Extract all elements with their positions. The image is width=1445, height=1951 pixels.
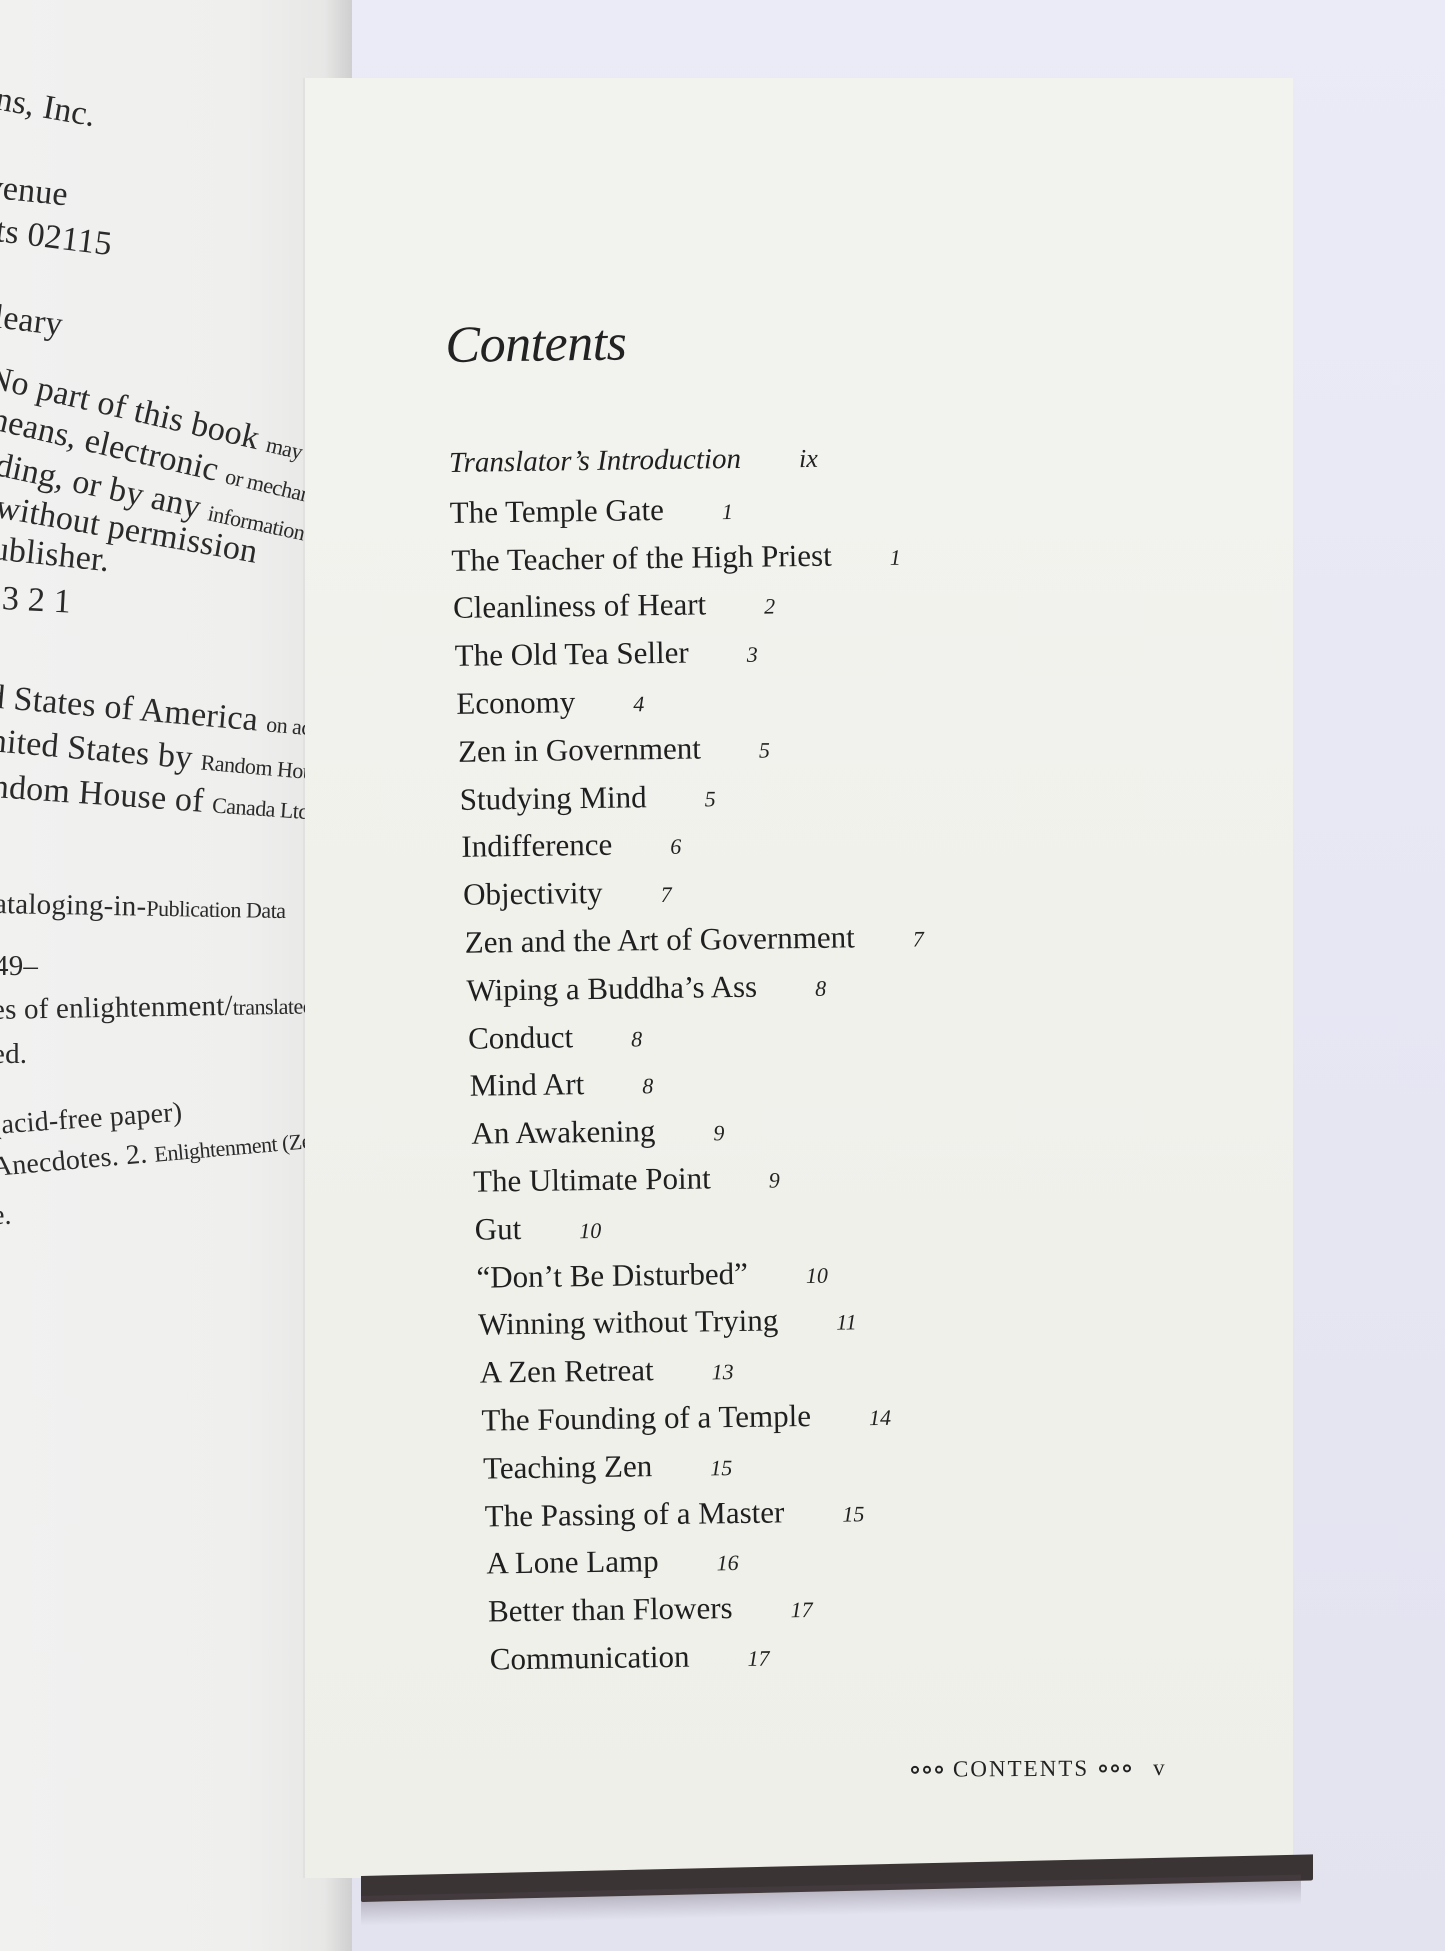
toc-entry-page: 9 xyxy=(713,1120,724,1146)
toc-entry[interactable]: A Lone Lamp 16 xyxy=(486,1540,933,1594)
toc-entry[interactable]: The Teacher of the High Priest 1 xyxy=(451,536,919,590)
toc-entry-page: 6 xyxy=(670,834,681,860)
toc-entry[interactable]: The Passing of a Master 15 xyxy=(485,1492,933,1546)
toc-entry-page: 1 xyxy=(890,544,901,570)
running-footer-label: CONTENTS xyxy=(953,1756,1089,1783)
toc-entry[interactable]: Wiping a Buddha’s Ass 8 xyxy=(466,966,925,1020)
copyright-line: venue xyxy=(0,168,70,214)
toc-entry-title: The Old Tea Seller xyxy=(454,635,688,674)
copyright-line: ataloging-in-Publication Data xyxy=(0,888,286,926)
copyright-line: ns, Inc. xyxy=(0,80,99,135)
toc-entry[interactable]: The Temple Gate 1 xyxy=(449,488,918,542)
toc-entry-title: The Ultimate Point xyxy=(473,1160,711,1199)
toc-entry-page: 7 xyxy=(913,926,924,952)
toc-entry-title: Studying Mind xyxy=(459,779,646,818)
toc-entry-title: Better than Flowers xyxy=(488,1590,733,1629)
toc-entry[interactable]: Winning without Trying 11 xyxy=(478,1301,930,1355)
toc-entry-page: 10 xyxy=(806,1262,828,1288)
toc-entry-title: The Temple Gate xyxy=(449,492,664,531)
toc-entry-page: 8 xyxy=(631,1026,642,1052)
toc-entry-page: 15 xyxy=(842,1501,864,1527)
toc-entry-title: Economy xyxy=(456,684,575,722)
toc-entry-title: A Zen Retreat xyxy=(480,1352,654,1390)
toc-list: Translator’s Introduction ix The Temple … xyxy=(447,440,934,1689)
toc-entry-page: 16 xyxy=(716,1550,738,1576)
toc-entry-page: 17 xyxy=(747,1646,769,1672)
copyright-line: 49– xyxy=(0,950,38,983)
toc-entry-page: 14 xyxy=(869,1405,891,1431)
toc-entry[interactable]: Cleanliness of Heart 2 xyxy=(453,584,920,638)
toc-entry-title: Conduct xyxy=(468,1019,574,1056)
toc-entry[interactable]: Objectivity 7 xyxy=(463,871,924,925)
contents-block: Contents Translator’s Introduction ix Th… xyxy=(445,309,934,1689)
copyright-line: (acid-free paper) xyxy=(0,1097,183,1142)
toc-entry-title: Communication xyxy=(490,1639,690,1678)
toc-entry[interactable]: Studying Mind 5 xyxy=(459,775,922,829)
copyright-line: e. xyxy=(0,1200,12,1232)
toc-entry-page: 7 xyxy=(660,882,671,908)
toc-entry-page: 3 xyxy=(747,642,758,668)
toc-entry[interactable]: Zen in Government 5 xyxy=(458,727,922,781)
copyright-line: leary xyxy=(0,298,65,344)
toc-entry-title: Teaching Zen xyxy=(483,1448,653,1486)
toc-entry[interactable]: The Founding of a Temple 14 xyxy=(481,1396,931,1450)
toc-entry-page: ix xyxy=(799,444,818,474)
toc-entry-title: An Awakening xyxy=(471,1113,655,1152)
toc-entry-title: Zen and the Art of Government xyxy=(465,919,855,960)
copyright-line: ed. xyxy=(0,1038,27,1071)
copyright-line: ts 02115 xyxy=(0,212,114,264)
toc-entry[interactable]: Mind Art 8 xyxy=(470,1062,927,1116)
toc-entry[interactable]: The Old Tea Seller 3 xyxy=(454,632,920,686)
toc-entry-page: 10 xyxy=(579,1218,601,1244)
toc-entry-page: 5 xyxy=(759,737,770,763)
toc-entry-title: Winning without Trying xyxy=(478,1303,779,1343)
three-circle-ornament-icon xyxy=(1099,1764,1131,1772)
copyright-line: es of enlightenment/translated from xyxy=(0,988,352,1027)
toc-entry[interactable]: Translator’s Introduction ix xyxy=(449,440,918,494)
toc-entry-title: The Teacher of the High Priest xyxy=(451,537,832,578)
toc-entry[interactable]: Communication 17 xyxy=(490,1635,935,1689)
toc-entry-title: Mind Art xyxy=(470,1066,585,1104)
toc-entry-page: 11 xyxy=(836,1310,857,1336)
toc-entry-title: Gut xyxy=(475,1211,522,1248)
toc-entry-title: “Don’t Be Disturbed” xyxy=(476,1255,748,1295)
toc-entry-page: 5 xyxy=(704,786,715,812)
toc-entry-page: 9 xyxy=(769,1167,780,1193)
toc-entry-page: 8 xyxy=(642,1074,653,1100)
toc-entry[interactable]: An Awakening 9 xyxy=(471,1110,927,1164)
toc-entry[interactable]: Gut 10 xyxy=(475,1205,929,1259)
toc-entry-page: 4 xyxy=(633,691,644,717)
toc-entry-title: A Lone Lamp xyxy=(486,1543,659,1581)
toc-entry-title: The Passing of a Master xyxy=(485,1494,785,1534)
toc-entry[interactable]: The Ultimate Point 9 xyxy=(473,1157,928,1211)
toc-entry[interactable]: Better than Flowers 17 xyxy=(488,1587,934,1641)
page-title: Contents xyxy=(445,309,916,375)
toc-entry[interactable]: Zen and the Art of Government 7 xyxy=(465,918,925,972)
toc-entry-page: 13 xyxy=(711,1359,733,1385)
three-circle-ornament-icon xyxy=(911,1766,943,1774)
left-page-copyright: ns, Inc. venue ts 02115 leary No part of… xyxy=(0,0,352,1951)
toc-entry-title: Translator’s Introduction xyxy=(449,443,741,480)
page-number: v xyxy=(1153,1755,1165,1781)
toc-entry[interactable]: Economy 4 xyxy=(456,679,921,733)
toc-entry[interactable]: Teaching Zen 15 xyxy=(483,1444,932,1498)
toc-entry-page: 1 xyxy=(722,499,733,525)
toc-entry[interactable]: “Don’t Be Disturbed” 10 xyxy=(476,1253,929,1307)
toc-entry-page: 15 xyxy=(710,1455,732,1481)
toc-entry-title: Indifference xyxy=(461,827,612,865)
toc-entry-page: 2 xyxy=(764,594,775,620)
toc-entry-title: The Founding of a Temple xyxy=(481,1398,811,1439)
toc-entry[interactable]: Conduct 8 xyxy=(468,1014,926,1068)
right-page-contents: Contents Translator’s Introduction ix Th… xyxy=(305,78,1293,1878)
toc-entry-title: Wiping a Buddha’s Ass xyxy=(466,968,757,1008)
toc-entry-page: 17 xyxy=(790,1597,812,1623)
toc-entry[interactable]: Indifference 6 xyxy=(461,823,923,877)
toc-entry-title: Zen in Government xyxy=(458,730,701,769)
copyright-line: 3 2 1 xyxy=(1,580,72,622)
toc-entry-title: Cleanliness of Heart xyxy=(453,587,707,627)
toc-entry-title: Objectivity xyxy=(463,875,603,913)
toc-entry[interactable]: A Zen Retreat 13 xyxy=(480,1348,931,1402)
running-footer: CONTENTS v xyxy=(901,1755,1165,1783)
toc-entry-page: 8 xyxy=(815,976,826,1002)
